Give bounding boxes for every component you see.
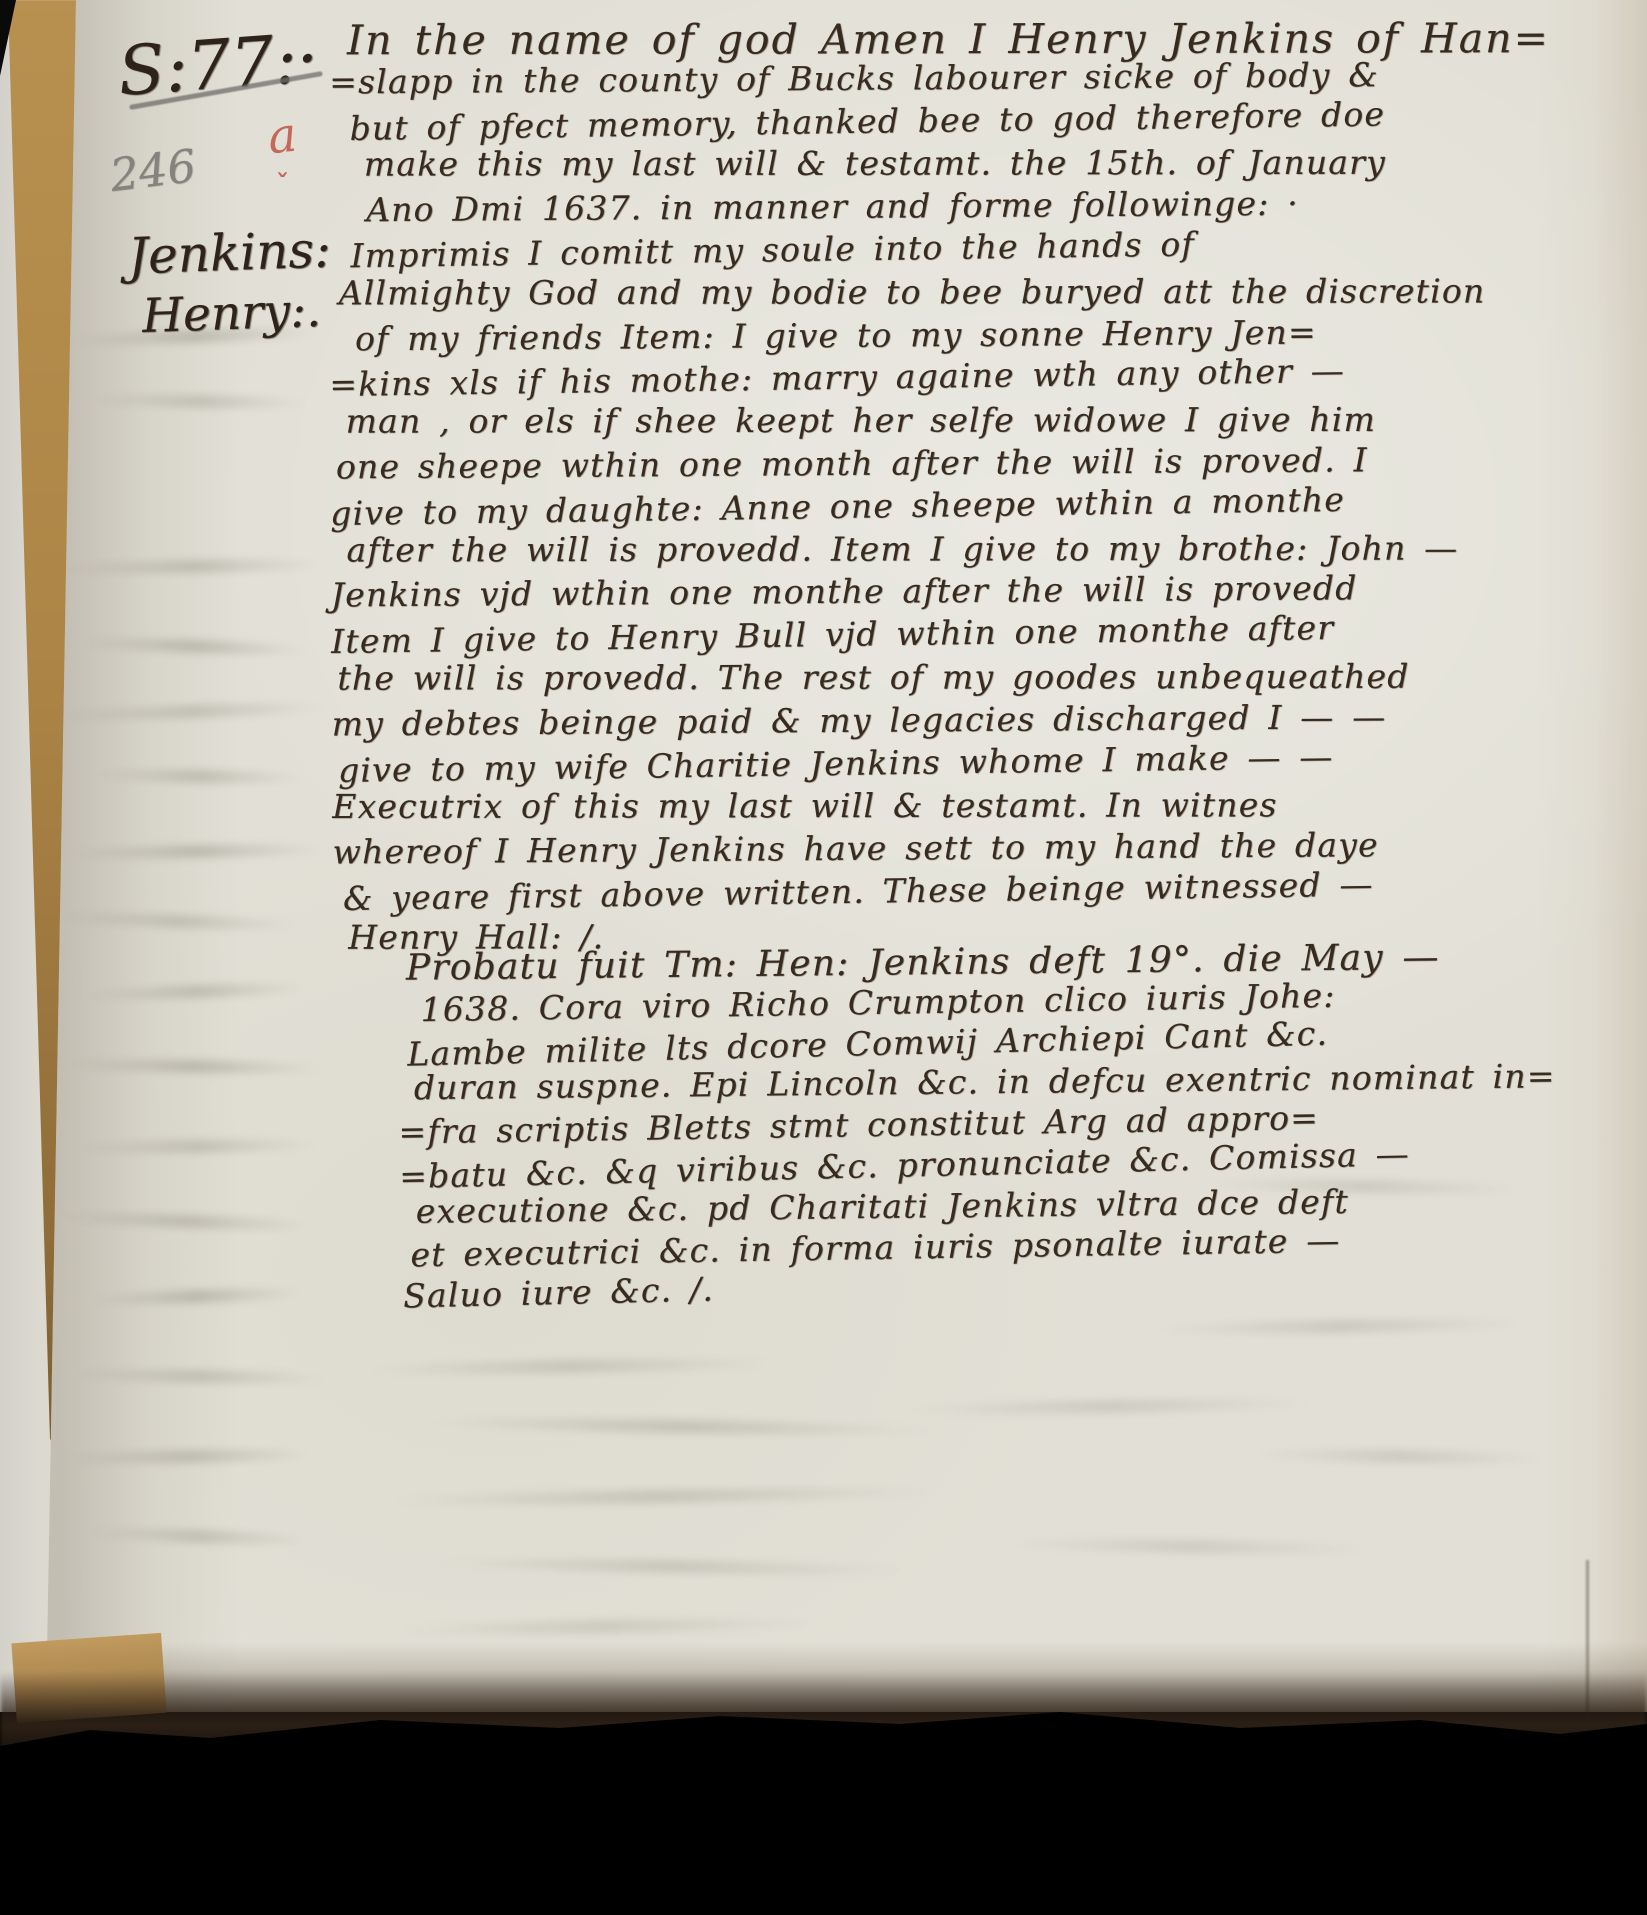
photograph-of-manuscript-page: S:77:· 246 a ˇ Jenkins: Henry:. In the n… bbox=[0, 0, 1647, 1915]
probate-text-block: Probatu fuit Tm: Hen: Jenkins deft 19°. … bbox=[0, 0, 1647, 1719]
manuscript-line: et executrici &c. in forma iuris psonalt… bbox=[410, 1223, 1340, 1272]
manuscript-line: Saluo iure &c. /. bbox=[403, 1273, 715, 1315]
manuscript-line: duran suspne. Epi Lincoln &c. in defcu e… bbox=[414, 1060, 1556, 1107]
manuscript-page: S:77:· 246 a ˇ Jenkins: Henry:. In the n… bbox=[0, 0, 1647, 1712]
